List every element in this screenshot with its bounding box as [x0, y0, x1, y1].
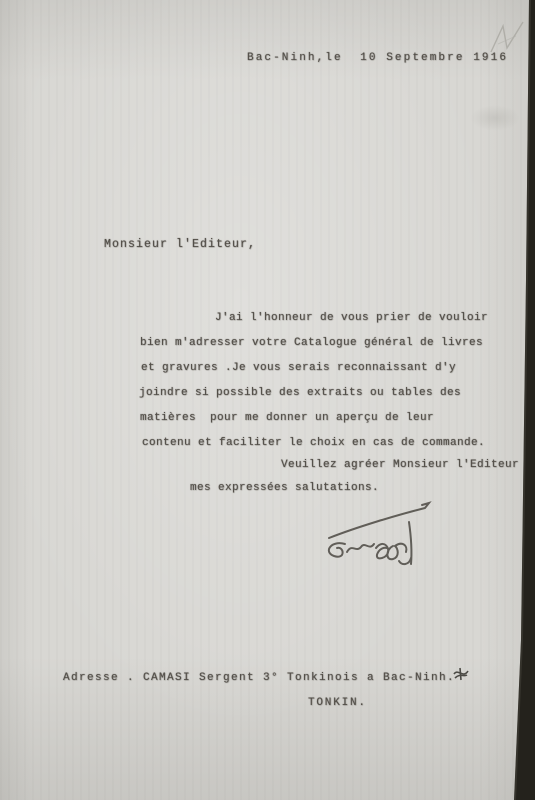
letter-page: Bac-Ninh,le 10 Septembre 1916 Monsieur l… — [0, 0, 535, 800]
scan-edge — [0, 0, 535, 800]
